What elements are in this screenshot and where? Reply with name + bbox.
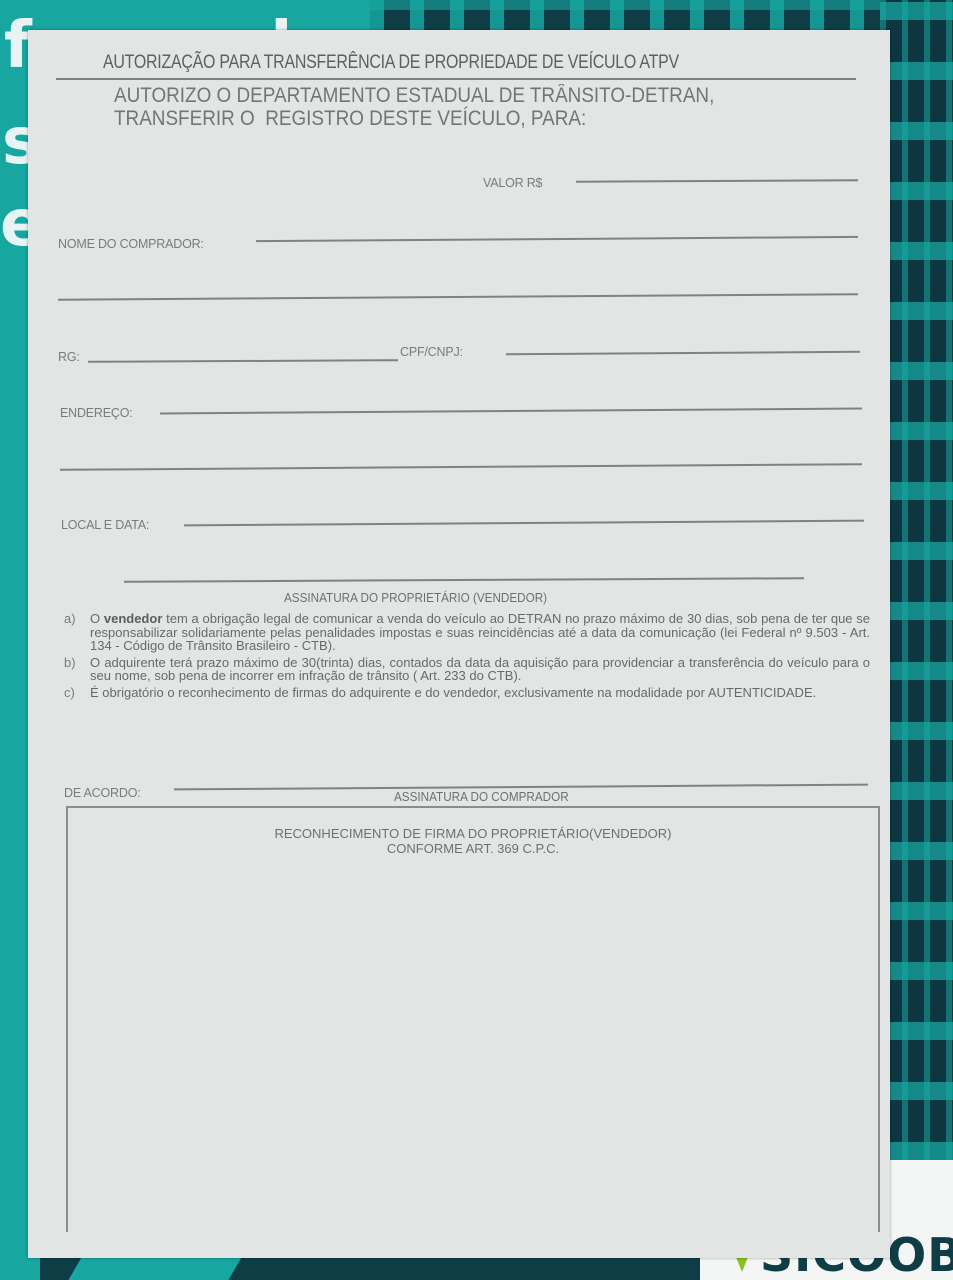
intro-line-1: AUTORIZO O DEPARTAMENTO ESTADUAL DE TRÂN… — [114, 84, 714, 107]
nome-comprador-field[interactable] — [256, 236, 858, 242]
note-text: O adquirente terá prazo máximo de 30(tri… — [90, 656, 870, 683]
title-divider — [56, 78, 856, 80]
rg-field[interactable] — [88, 359, 398, 363]
notary-line-1: RECONHECIMENTO DE FIRMA DO PROPRIETÁRIO(… — [68, 826, 878, 841]
endereco-label: ENDEREÇO: — [60, 406, 133, 420]
valor-field[interactable] — [576, 179, 858, 182]
nome-comprador-label: NOME DO COMPRADOR: — [58, 237, 204, 251]
local-data-label: LOCAL E DATA: — [61, 518, 149, 532]
nome-comprador-field-cont[interactable] — [58, 293, 858, 301]
notary-title: RECONHECIMENTO DE FIRMA DO PROPRIETÁRIO(… — [68, 826, 878, 856]
poster-pattern-right — [880, 0, 953, 1160]
local-data-field[interactable] — [184, 520, 864, 527]
intro-line-2: TRANSFERIR O REGISTRO DESTE VEÍCULO, PAR… — [114, 107, 586, 130]
legal-notes: a) O vendedor tem a obrigação legal de c… — [64, 612, 870, 702]
note-body: tem a obrigação legal de comunicar a ven… — [90, 611, 870, 653]
notary-recognition-box[interactable]: RECONHECIMENTO DE FIRMA DO PROPRIETÁRIO(… — [66, 806, 880, 1232]
endereco-field-cont[interactable] — [60, 463, 862, 471]
atpv-form: AUTORIZAÇÃO PARA TRANSFERÊNCIA DE PROPRI… — [28, 30, 890, 1258]
note-text: O vendedor tem a obrigação legal de comu… — [90, 612, 870, 653]
note-letter: b) — [64, 656, 90, 683]
valor-label: VALOR R$ — [483, 176, 542, 190]
note-c: c) É obrigatório o reconhecimento de fir… — [64, 686, 870, 700]
agreement-label: DE ACORDO: — [64, 786, 141, 800]
note-text: É obrigatório o reconhecimento de firmas… — [90, 686, 816, 700]
cpf-cnpj-label: CPF/CNPJ: — [400, 345, 463, 359]
note-letter: c) — [64, 686, 90, 700]
note-b: b) O adquirente terá prazo máximo de 30(… — [64, 656, 870, 683]
intro-text: AUTORIZO O DEPARTAMENTO ESTADUAL DE TRÂN… — [114, 84, 714, 130]
form-title: AUTORIZAÇÃO PARA TRANSFERÊNCIA DE PROPRI… — [103, 52, 679, 74]
seller-signature-line[interactable] — [124, 577, 804, 583]
note-letter: a) — [64, 612, 90, 653]
note-a: a) O vendedor tem a obrigação legal de c… — [64, 612, 870, 653]
notary-line-2: CONFORME ART. 369 C.P.C. — [68, 841, 878, 856]
cpf-cnpj-field[interactable] — [506, 351, 860, 355]
seller-signature-caption: ASSINATURA DO PROPRIETÁRIO (VENDEDOR) — [284, 590, 547, 605]
endereco-field[interactable] — [160, 408, 862, 415]
rg-label: RG: — [58, 350, 80, 364]
buyer-signature-caption: ASSINATURA DO COMPRADOR — [394, 789, 569, 804]
